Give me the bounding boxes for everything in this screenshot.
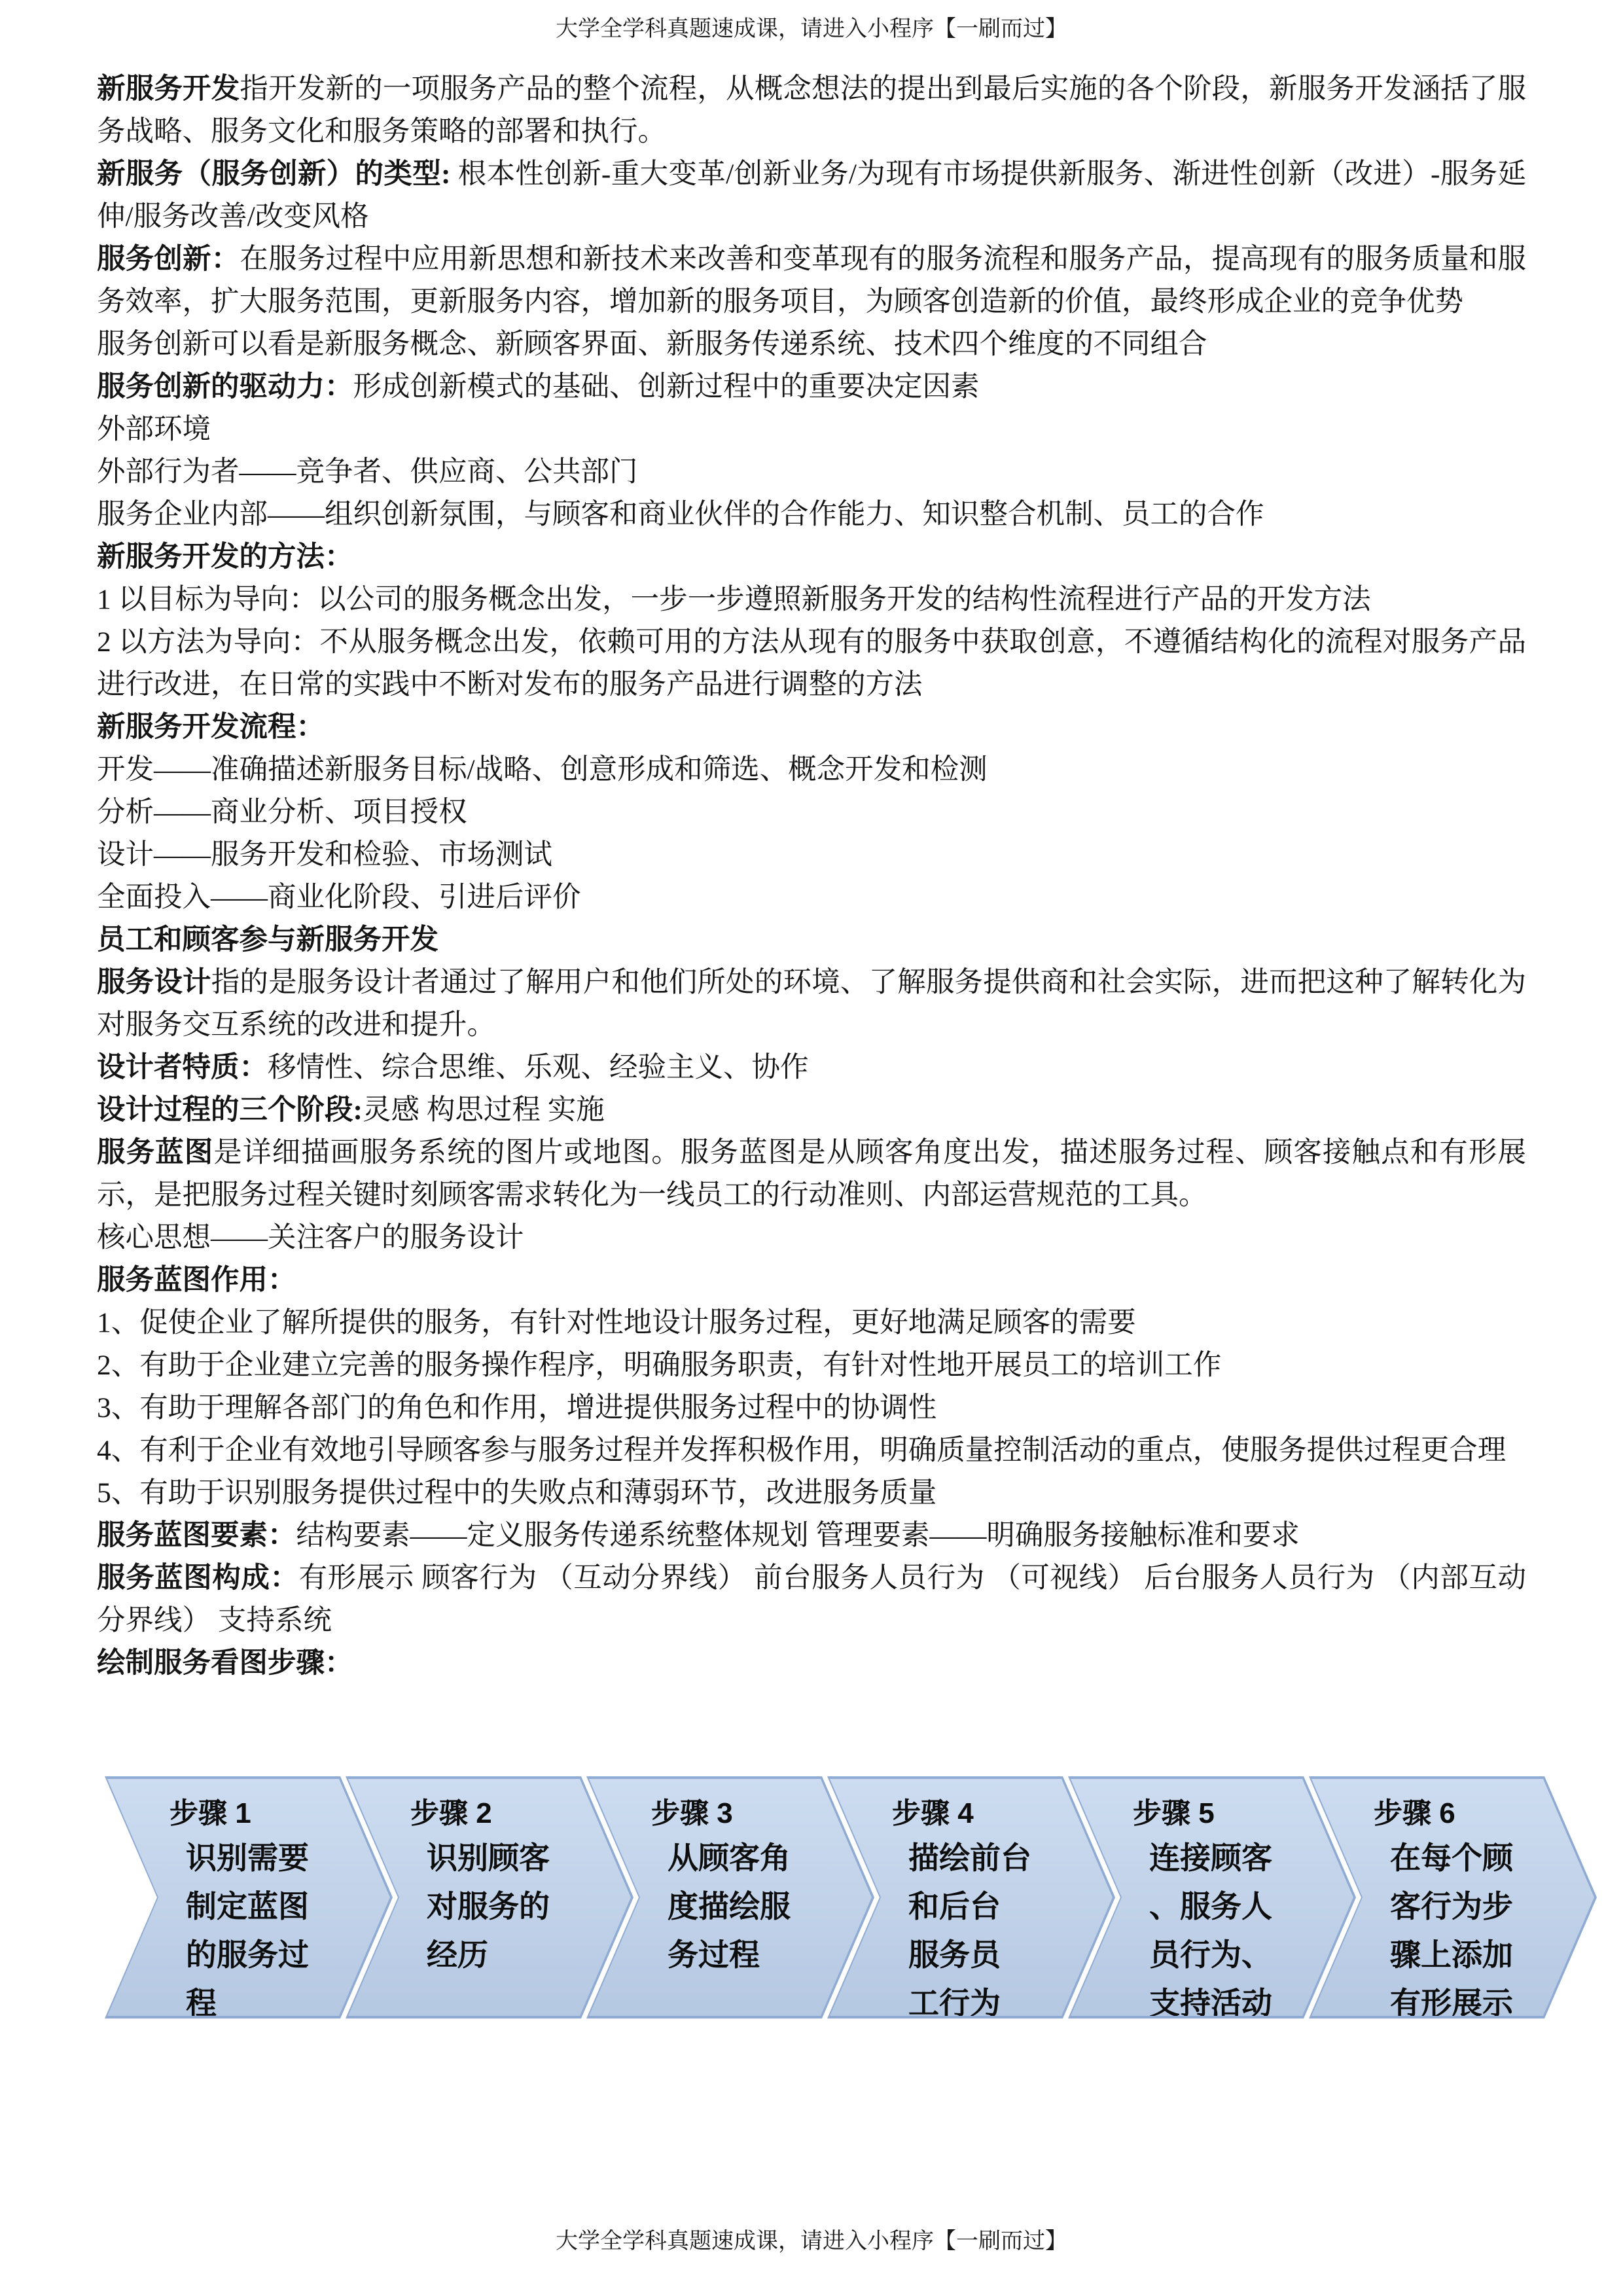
paragraph-text: 移情性、综合思维、乐观、经验主义、协作 xyxy=(268,1052,809,1083)
paragraph-text: 全面投入——商业化阶段、引进后评价 xyxy=(97,882,581,913)
flow-step-text-line: 和后台 xyxy=(908,1882,1043,1931)
paragraph: 4、有利于企业有效地引导顾客参与服务过程并发挥积极作用，明确质量控制活动的重点，… xyxy=(97,1429,1526,1472)
paragraph-lead: 绘制服务看图步骤： xyxy=(97,1647,353,1679)
paragraph-text: 2、有助于企业建立完善的服务操作程序，明确服务职责，有针对性地开展员工的培训工作 xyxy=(97,1350,1221,1381)
page-header: 大学全学科真题速成课，请进入小程序【一刷而过】 xyxy=(0,16,1623,43)
paragraph: 服务企业内部——组织创新氛围，与顾客和商业伙伴的合作能力、知识整合机制、员工的合… xyxy=(97,493,1526,536)
paragraph-lead: 服务蓝图作用： xyxy=(97,1265,296,1296)
paragraph: 5、有助于识别服务提供过程中的失败点和薄弱环节，改进服务质量 xyxy=(97,1472,1526,1515)
paragraph-text: 灵感 构思过程 实施 xyxy=(363,1094,605,1126)
paragraph-text: 在服务过程中应用新思想和新技术来改善和变革现有的服务流程和服务产品，提高现有的服… xyxy=(97,243,1526,317)
flow-step-text-line: 工行为 xyxy=(908,1979,1043,2028)
paragraph-lead: 新服务开发 xyxy=(97,73,240,105)
paragraph: 服务创新：在服务过程中应用新思想和新技术来改善和变革现有的服务流程和服务产品，提… xyxy=(97,238,1526,323)
flow-step-text: 识别需要制定蓝图的服务过程 xyxy=(186,1834,320,2028)
flow-step-text-line: 识别顾客 xyxy=(427,1834,561,1882)
flow-step-text-line: 在每个顾 xyxy=(1390,1834,1524,1882)
paragraph-lead: 新服务开发流程： xyxy=(97,711,325,743)
paragraph: 设计过程的三个阶段:灵感 构思过程 实施 xyxy=(97,1089,1526,1132)
paragraph: 分析——商业分析、项目授权 xyxy=(97,791,1526,834)
flow-step-text: 识别顾客对服务的经历 xyxy=(427,1834,561,1979)
flow-step-text-line: 程 xyxy=(186,1979,320,2028)
paragraph: 外部行为者——竞争者、供应商、公共部门 xyxy=(97,451,1526,493)
paragraph: 新服务开发指开发新的一项服务产品的整个流程，从概念想法的提出到最后实施的各个阶段… xyxy=(97,68,1526,153)
paragraph: 服务设计指的是服务设计者通过了解用户和他们所处的环境、了解服务提供商和社会实际，… xyxy=(97,961,1526,1047)
paragraph: 服务蓝图构成：有形展示 顾客行为 （互动分界线） 前台服务人员行为 （可视线） … xyxy=(97,1557,1526,1642)
paragraph: 开发——准确描述新服务目标/战略、创意形成和筛选、概念开发和检测 xyxy=(97,749,1526,791)
flow-step-text-line: 识别需要 xyxy=(186,1834,320,1882)
flow-step-text-line: 的服务过 xyxy=(186,1931,320,1979)
paragraph-text: 服务创新可以看是新服务概念、新顾客界面、新服务传递系统、技术四个维度的不同组合 xyxy=(97,329,1207,360)
flow-step-text-line: 对服务的 xyxy=(427,1882,561,1931)
paragraph-text: 结构要素——定义服务传递系统整体规划 管理要素——明确服务接触标准和要求 xyxy=(296,1520,1300,1551)
flow-step-text-line: 有形展示 xyxy=(1390,1979,1524,2028)
paragraph: 1、促使企业了解所提供的服务，有针对性地设计服务过程，更好地满足顾客的需要 xyxy=(97,1302,1526,1344)
paragraph-text: 外部环境 xyxy=(97,414,211,445)
paragraph-text: 设计——服务开发和检验、市场测试 xyxy=(97,839,552,870)
paragraph-lead: 服务蓝图 xyxy=(97,1137,213,1168)
paragraph: 设计——服务开发和检验、市场测试 xyxy=(97,834,1526,876)
paragraph: 新服务（服务创新）的类型: 根本性创新-重大变革/创新业务/为现有市场提供新服务… xyxy=(97,153,1526,238)
flow-step-label: 步骤 5 xyxy=(1071,1779,1353,1831)
paragraph: 2 以方法为导向：不从服务概念出发，依赖可用的方法从现有的服务中获取创意，不遵循… xyxy=(97,621,1526,706)
paragraph: 新服务开发的方法： xyxy=(97,536,1526,579)
paragraph: 2、有助于企业建立完善的服务操作程序，明确服务职责，有针对性地开展员工的培训工作 xyxy=(97,1344,1526,1387)
flow-step-shape: 步骤 1识别需要制定蓝图的服务过程 xyxy=(107,1779,390,2016)
paragraph-text: 指开发新的一项服务产品的整个流程，从概念想法的提出到最后实施的各个阶段，新服务开… xyxy=(97,73,1526,147)
paragraph-lead: 服务设计 xyxy=(97,967,211,998)
paragraph: 外部环境 xyxy=(97,408,1526,451)
paragraph: 设计者特质：移情性、综合思维、乐观、经验主义、协作 xyxy=(97,1047,1526,1089)
paragraph-lead: 新服务开发的方法： xyxy=(97,541,353,573)
paragraph-lead: 员工和顾客参与新服务开发 xyxy=(97,924,438,956)
paragraph-text: 是详细描画服务系统的图片或地图。服务蓝图是从顾客角度出发，描述服务过程、顾客接触… xyxy=(97,1137,1526,1211)
paragraph-text: 3、有助于理解各部门的角色和作用，增进提供服务过程中的协调性 xyxy=(97,1392,936,1424)
flow-step-text-line: 骤上添加 xyxy=(1390,1931,1524,1979)
flow-step-text-line: 服务员 xyxy=(908,1931,1043,1979)
paragraph: 全面投入——商业化阶段、引进后评价 xyxy=(97,876,1526,919)
paragraph-text: 服务企业内部——组织创新氛围，与顾客和商业伙伴的合作能力、知识整合机制、员工的合… xyxy=(97,499,1264,530)
flow-step-text-line: 从顾客角 xyxy=(668,1834,802,1882)
flow-step-text-line: 描绘前台 xyxy=(908,1834,1043,1882)
flow-step-label: 步骤 4 xyxy=(830,1779,1113,1831)
flow-step-text-line: 务过程 xyxy=(668,1931,802,1979)
paragraph: 1 以目标为导向：以公司的服务概念出发，一步一步遵照新服务开发的结构性流程进行产… xyxy=(97,579,1526,621)
flow-step-label: 步骤 1 xyxy=(107,1779,390,1831)
paragraph-text: 核心思想——关注客户的服务设计 xyxy=(97,1222,524,1253)
paragraph-text: 形成创新模式的基础、创新过程中的重要决定因素 xyxy=(353,371,980,403)
paragraph: 服务蓝图是详细描画服务系统的图片或地图。服务蓝图是从顾客角度出发，描述服务过程、… xyxy=(97,1132,1526,1217)
paragraph: 核心思想——关注客户的服务设计 xyxy=(97,1217,1526,1259)
paragraph-lead: 服务创新的驱动力： xyxy=(97,371,353,403)
page-footer: 大学全学科真题速成课，请进入小程序【一刷而过】 xyxy=(0,2228,1623,2255)
flow-step-text: 在每个顾客行为步骤上添加有形展示 xyxy=(1390,1834,1524,2028)
paragraph-text: 开发——准确描述新服务目标/战略、创意形成和筛选、概念开发和检测 xyxy=(97,754,988,785)
paragraph-lead: 设计过程的三个阶段: xyxy=(97,1094,363,1126)
flow-step-text-line: 制定蓝图 xyxy=(186,1882,320,1931)
paragraph-text: 指的是服务设计者通过了解用户和他们所处的环境、了解服务提供商和社会实际，进而把这… xyxy=(97,967,1526,1041)
flowchart: 步骤 1识别需要制定蓝图的服务过程步骤 2识别顾客对服务的经历步骤 3从顾客角度… xyxy=(105,1776,1603,2018)
paragraph-lead: 服务蓝图构成： xyxy=(97,1562,299,1594)
flow-step-text-line: 支持活动 xyxy=(1149,1979,1283,2028)
flow-step-text-line: 员行为、 xyxy=(1149,1931,1283,1979)
flow-step-text: 描绘前台和后台服务员工行为 xyxy=(908,1834,1043,2028)
flow-step-text-line: 、服务人 xyxy=(1149,1882,1283,1931)
flow-step-text-line: 客行为步 xyxy=(1390,1882,1524,1931)
paragraph-text: 分析——商业分析、项目授权 xyxy=(97,797,467,828)
flow-step-text: 连接顾客、服务人员行为、支持活动 xyxy=(1149,1834,1283,2028)
flow-step-label: 步骤 2 xyxy=(348,1779,631,1831)
paragraph: 服务创新的驱动力：形成创新模式的基础、创新过程中的重要决定因素 xyxy=(97,366,1526,408)
paragraph: 服务蓝图要素：结构要素——定义服务传递系统整体规划 管理要素——明确服务接触标准… xyxy=(97,1515,1526,1557)
paragraph-text: 2 以方法为导向：不从服务概念出发，依赖可用的方法从现有的服务中获取创意，不遵循… xyxy=(97,626,1526,700)
paragraph: 3、有助于理解各部门的角色和作用，增进提供服务过程中的协调性 xyxy=(97,1387,1526,1429)
paragraph-text: 5、有助于识别服务提供过程中的失败点和薄弱环节，改进服务质量 xyxy=(97,1477,936,1509)
flow-step-label: 步骤 3 xyxy=(589,1779,872,1831)
paragraph: 新服务开发流程： xyxy=(97,706,1526,749)
paragraph-text: 1 以目标为导向：以公司的服务概念出发，一步一步遵照新服务开发的结构性流程进行产… xyxy=(97,584,1371,615)
paragraph: 服务蓝图作用： xyxy=(97,1259,1526,1302)
flow-step-text-line: 经历 xyxy=(427,1931,561,1979)
paragraph-text: 4、有利于企业有效地引导顾客参与服务过程并发挥积极作用，明确质量控制活动的重点，… xyxy=(97,1435,1506,1466)
paragraph: 员工和顾客参与新服务开发 xyxy=(97,919,1526,961)
paragraph-lead: 服务蓝图要素： xyxy=(97,1520,296,1551)
paragraph: 绘制服务看图步骤： xyxy=(97,1642,1526,1685)
paragraph-text: 有形展示 顾客行为 （互动分界线） 前台服务人员行为 （可视线） 后台服务人员行… xyxy=(97,1562,1526,1636)
flow-step-label: 步骤 6 xyxy=(1311,1779,1594,1831)
paragraph-text: 外部行为者——竞争者、供应商、公共部门 xyxy=(97,456,638,488)
flow-step-text: 从顾客角度描绘服务过程 xyxy=(668,1834,802,1979)
paragraph-lead: 服务创新： xyxy=(97,243,240,275)
paragraph-lead: 新服务（服务创新）的类型: xyxy=(97,158,451,190)
paragraph-lead: 设计者特质： xyxy=(97,1052,268,1083)
paragraph: 服务创新可以看是新服务概念、新顾客界面、新服务传递系统、技术四个维度的不同组合 xyxy=(97,323,1526,366)
flow-step-text-line: 连接顾客 xyxy=(1149,1834,1283,1882)
document-body: 新服务开发指开发新的一项服务产品的整个流程，从概念想法的提出到最后实施的各个阶段… xyxy=(97,68,1526,1685)
paragraph-text: 1、促使企业了解所提供的服务，有针对性地设计服务过程，更好地满足顾客的需要 xyxy=(97,1307,1136,1338)
flow-step-chevron: 步骤 1识别需要制定蓝图的服务过程 xyxy=(105,1776,393,2018)
flow-step-text-line: 度描绘服 xyxy=(668,1882,802,1931)
